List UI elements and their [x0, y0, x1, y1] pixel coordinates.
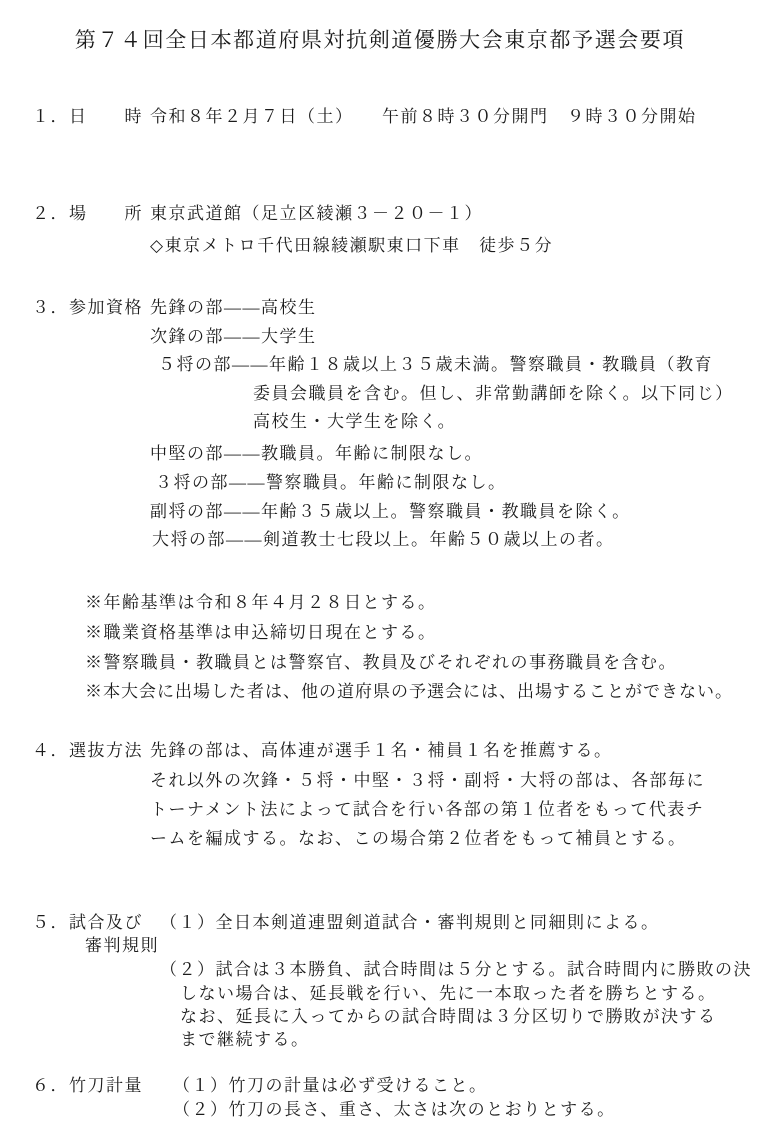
section-4-heading: ４．選抜方法: [32, 742, 143, 759]
section-3-line: ５将の部――年齢１８歳以上３５歳未満。警察職員・教職員（教育: [158, 356, 713, 373]
section-3-line: 高校生・大学生を除く。: [253, 413, 456, 430]
section-4-line: それ以外の次鋒・５将・中堅・３将・副将・大将の部は、各部毎に: [150, 772, 705, 789]
section-4-line: 先鋒の部は、高体連が選手１名・補員１名を推薦する。: [150, 742, 613, 759]
section-5-line: しない場合は、延長戦を行い、先に一本取った者を勝ちとする。: [180, 985, 717, 1002]
section-4-line: ームを編成する。なお、この場合第２位者をもって補員とする。: [150, 830, 687, 847]
section-6-heading: ６．竹刀計量: [32, 1077, 143, 1094]
section-5-heading-line2: 審判規則: [85, 937, 159, 954]
section-4-line: トーナメント法によって試合を行い各部の第１位者をもって代表チ: [150, 801, 704, 818]
section-3-heading: ３．参加資格: [32, 299, 143, 316]
section-3-line: 副将の部――年齢３５歳以上。警察職員・教職員を除く。: [150, 503, 631, 520]
section-6-line: （１）竹刀の計量は必ず受けること。: [173, 1077, 488, 1094]
note-line: ※年齢基準は令和８年４月２８日とする。: [85, 594, 437, 611]
section-3-line: 次鋒の部――大学生: [150, 328, 317, 345]
section-5-line: （１）全日本剣道連盟剣道試合・審判規則と同細則による。: [160, 914, 660, 931]
section-5-line: まで継続する。: [180, 1031, 310, 1048]
section-1-heading: １．日 時: [32, 108, 143, 125]
section-2-line: ◇東京メトロ千代田線綾瀬駅東口下車 徒歩５分: [150, 237, 553, 254]
section-2-heading: ２．場 所: [32, 205, 143, 222]
section-1-line: 令和８年２月７日（土） 午前８時３０分開門 ９時３０分開始: [150, 108, 697, 125]
section-3-line: 先鋒の部――高校生: [150, 299, 317, 316]
section-6-line: （２）竹刀の長さ、重さ、太さは次のとおりとする。: [173, 1101, 616, 1118]
note-line: ※職業資格基準は申込締切日現在とする。: [85, 624, 437, 641]
document-page: 第７４回全日本都道府県対抗剣道優勝大会東京都予選会要項 １．日 時 令和８年２月…: [0, 0, 760, 1139]
section-5-heading: ５．試合及び: [32, 914, 143, 931]
section-3-line: 中堅の部――教職員。年齢に制限なし。: [150, 445, 483, 462]
section-3-line: 委員会職員を含む。但し、非常勤講師を除く。以下同じ）: [253, 385, 734, 402]
section-5-line: （２）試合は３本勝負、試合時間は５分とする。試合時間内に勝敗の決: [160, 961, 752, 978]
note-line: ※本大会に出場した者は、他の道府県の予選会には、出場することができない。: [85, 683, 733, 700]
document-title: 第７４回全日本都道府県対抗剣道優勝大会東京都予選会要項: [0, 30, 760, 51]
section-2-line: 東京武道館（足立区綾瀬３－２０－１）: [150, 205, 483, 222]
section-5-line: なお、延長に入ってからの試合時間は３分区切りで勝敗が決する: [180, 1008, 717, 1025]
section-3-line: ３将の部――警察職員。年齢に制限なし。: [155, 474, 507, 491]
note-line: ※警察職員・教職員とは警察官、教員及びそれぞれの事務職員を含む。: [85, 654, 677, 671]
section-3-line: 大将の部――剣道教士七段以上。年齢５０歳以上の者。: [152, 531, 615, 548]
